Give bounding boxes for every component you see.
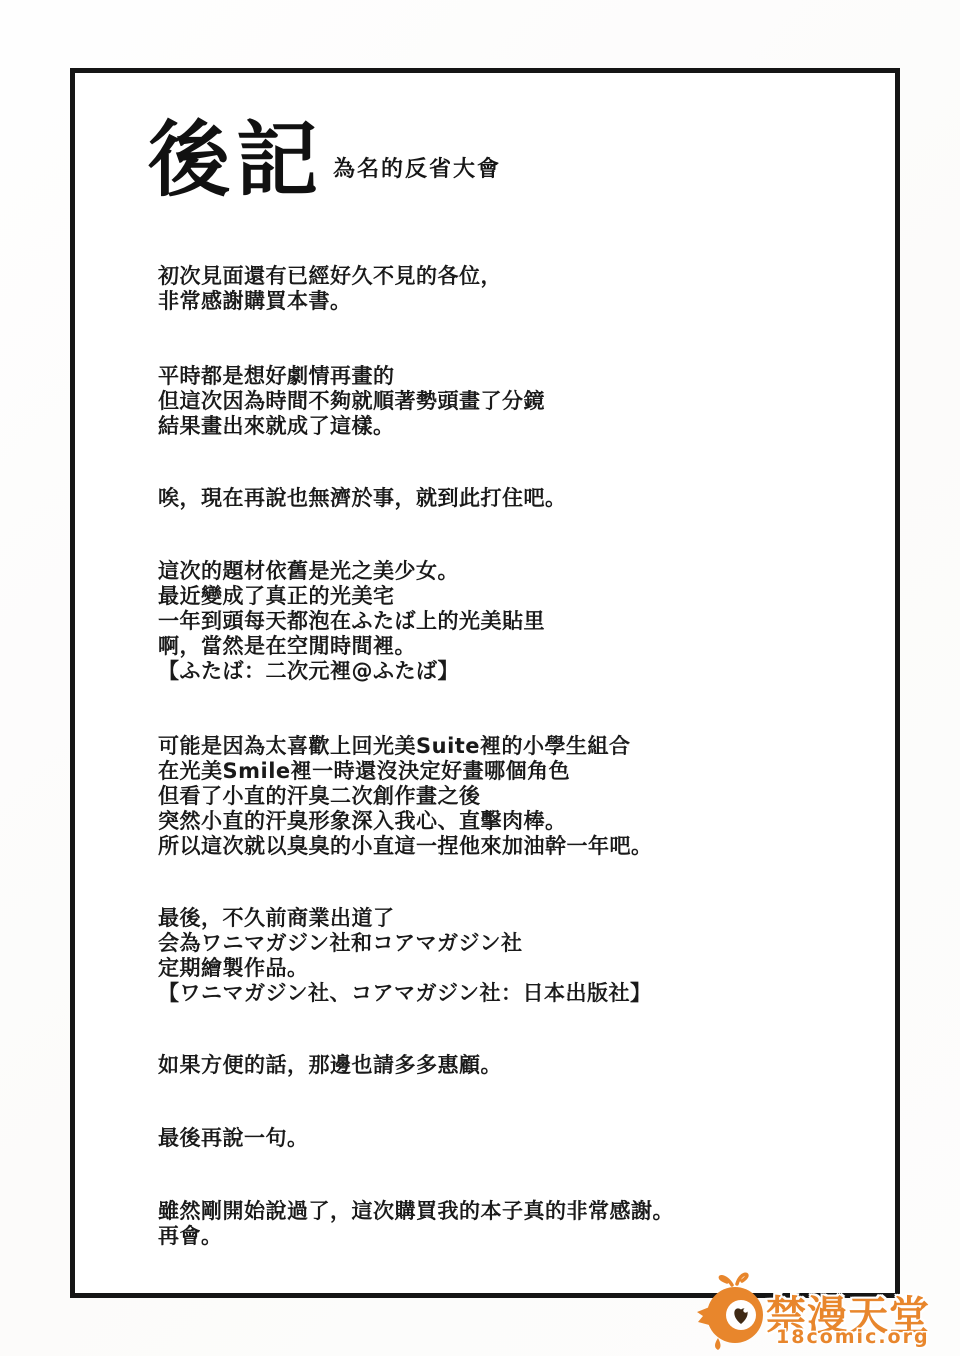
paragraph-character-choice: 可能是因為太喜歡上回光美Suite裡的小學生組合 在光美Smile裡一時還沒決定… — [158, 734, 878, 859]
scan-page: 後記 為名的反省大會 初次見面還有已經好久不見的各位， 非常感謝購買本書。 平時… — [0, 0, 960, 1356]
page-subtitle: 為名的反省大會 — [333, 152, 501, 183]
watermark-site-url: 18comic.org — [776, 1326, 930, 1348]
page-title: 後記 — [148, 118, 324, 204]
paragraph-theme: 這次的題材依舊是光之美少女。 最近變成了真正的光美宅 一年到頭每天都泡在ふたば上… — [158, 559, 878, 684]
paragraph-greeting: 初次見面還有已經好久不見的各位， 非常感謝購買本書。 — [158, 264, 878, 314]
paragraph-plug: 如果方便的話，那邊也請多多惠顧。 — [158, 1053, 878, 1078]
paragraph-sigh: 唉，現在再說也無濟於事，就到此打住吧。 — [158, 486, 878, 511]
mascot-whale-icon — [696, 1268, 770, 1354]
paragraph-process: 平時都是想好劇情再畫的 但這次因為時間不夠就順著勢頭畫了分鏡 結果畫出來就成了這… — [158, 364, 878, 439]
paragraph-commercial-debut: 最後，不久前商業出道了 会為ワニマガジン社和コアマガジン社 定期繪製作品。 【ワ… — [158, 906, 878, 1006]
watermark: 禁漫天堂 18comic.org — [690, 1260, 952, 1356]
paragraph-one-more-word: 最後再說一句。 — [158, 1126, 878, 1151]
paragraph-thanks-farewell: 雖然剛開始說過了，這次購買我的本子真的非常感謝。 再會。 — [158, 1199, 878, 1249]
